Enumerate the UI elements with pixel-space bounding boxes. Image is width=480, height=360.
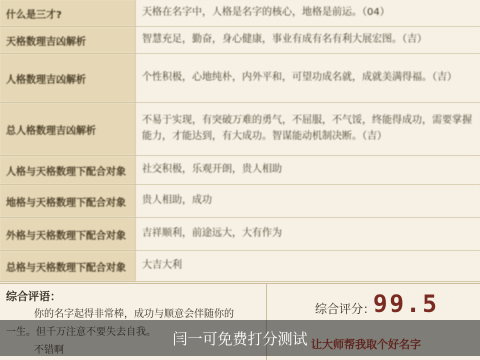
row-value: 吉祥顺利，前途远大，大有作为: [136, 218, 480, 250]
table-row: 天格数理吉凶解析 智慧充足，勤奋，身心健康，事业有成有名有利大展宏图。（吉）: [0, 27, 480, 54]
row-label: 外格与天格数理下配合对象: [0, 218, 136, 250]
table-row: 人格数理吉凶解析 个性积极，心地纯朴，内外平和，可望功成名就，成就美满得福。（吉…: [0, 54, 480, 103]
name-analysis-table: 什么是三才? 天格在名字中，人格是名字的核心，地格是前运。（04） 天格数理吉凶…: [0, 0, 480, 282]
row-label: 什么是三才?: [0, 0, 136, 26]
row-label: 天格数理吉凶解析: [0, 27, 136, 53]
row-value: 贵人相助，成功: [136, 185, 480, 217]
row-label: 人格与天格数理下配合对象: [0, 156, 136, 184]
table-row: 外格与天格数理下配合对象 吉祥顺利，前途远大，大有作为: [0, 218, 480, 251]
score-label: 综合评分：: [315, 300, 375, 317]
row-value: 不易于实现，有突破万难的勇气，不屈服，不气馁，终能得成功，需要掌握能力，才能达到…: [136, 103, 480, 155]
row-label: 地格与天格数理下配合对象: [0, 185, 136, 217]
row-label: 总人格数理吉凶解析: [0, 103, 136, 155]
row-value: 智慧充足，勤奋，身心健康，事业有成有名有利大展宏图。（吉）: [136, 27, 480, 53]
summary-title: 综合评语：: [6, 288, 61, 304]
row-value: 个性积极，心地纯朴，内外平和，可望功成名就，成就美满得福。（吉）: [136, 54, 480, 102]
table-row: 总人格数理吉凶解析 不易于实现，有突破万难的勇气，不屈服，不气馁，终能得成功，需…: [0, 103, 480, 156]
row-label: 总格与天格数理下配合对象: [0, 251, 136, 281]
table-row: 总格与天格数理下配合对象 大吉大利: [0, 251, 480, 282]
row-label: 人格数理吉凶解析: [0, 54, 136, 102]
table-row: 什么是三才? 天格在名字中，人格是名字的核心，地格是前运。（04）: [0, 0, 480, 27]
video-caption: 闫一可免费打分测试: [0, 320, 480, 356]
table-row: 地格与天格数理下配合对象 贵人相助，成功: [0, 185, 480, 218]
row-value: 天格在名字中，人格是名字的核心，地格是前运。（04）: [136, 0, 480, 26]
table-row: 人格与天格数理下配合对象 社交积极，乐观开朗，贵人相助: [0, 156, 480, 185]
row-value: 社交积极，乐观开朗，贵人相助: [136, 156, 480, 184]
row-value: 大吉大利: [136, 251, 480, 281]
score-value: 99.5: [373, 290, 439, 318]
